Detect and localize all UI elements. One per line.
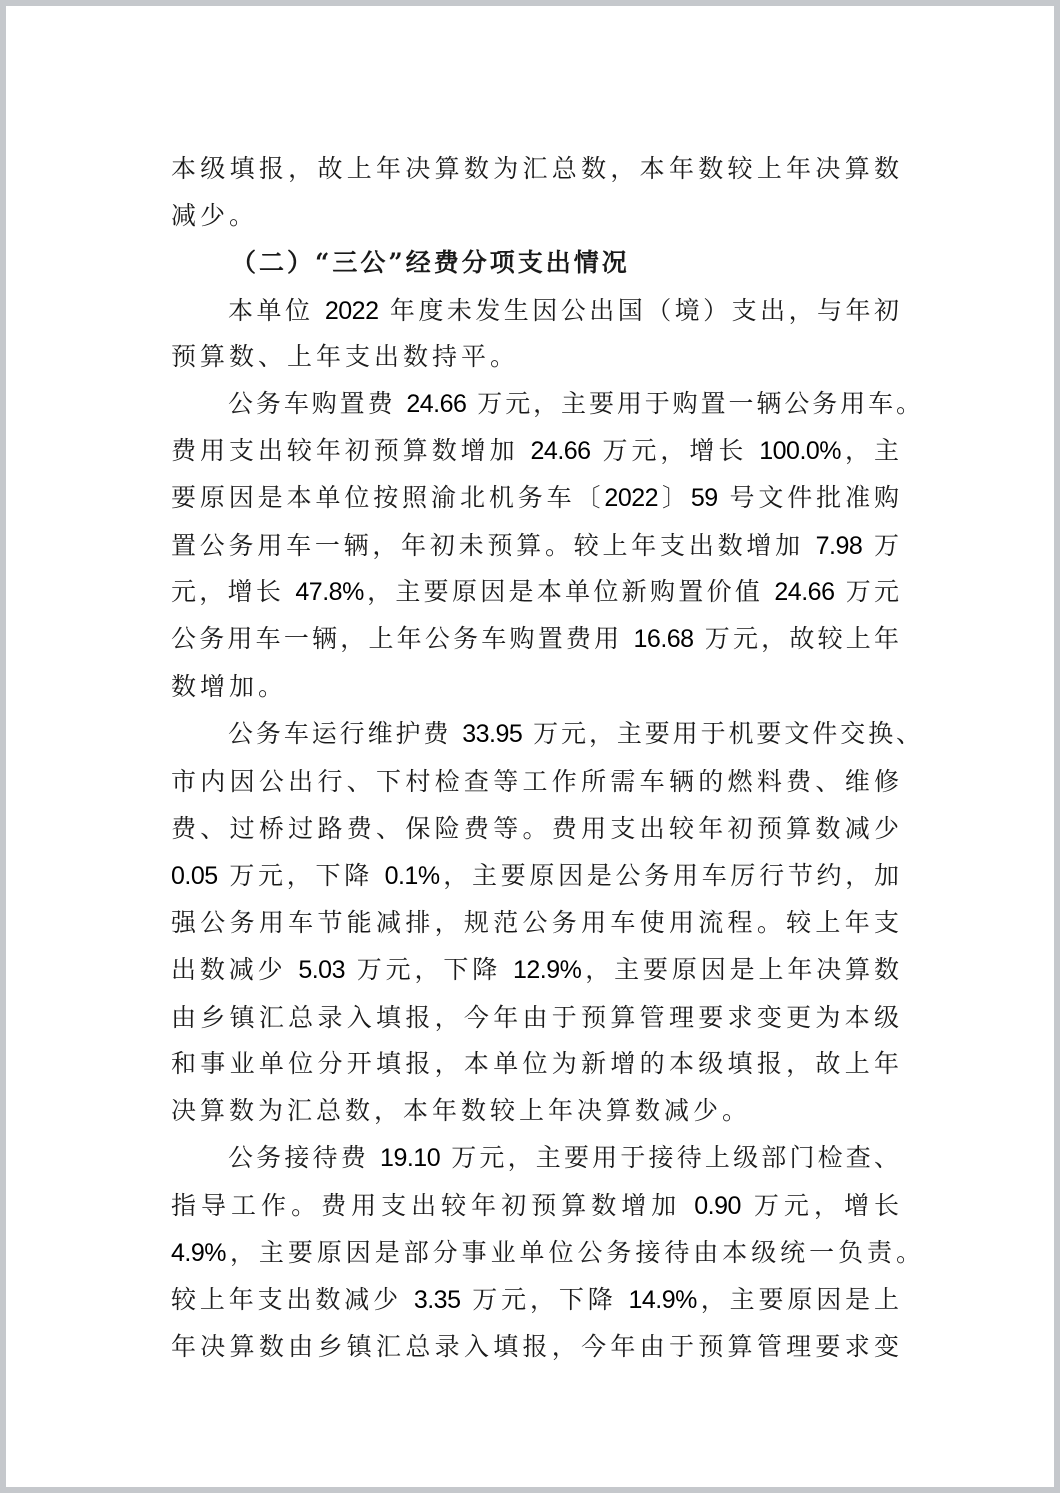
text-line: 预算数、上年支出数持平。 — [171, 340, 899, 374]
text-run: 和事业单位分开填报，本单位为新增的本级填报，故上年 — [171, 1049, 899, 1078]
text-line: 公务用车一辆，上年公务车购置费用 16.68 万元，故较上年 — [171, 622, 899, 656]
text-run: ，主要原因是上年决算数 — [581, 955, 899, 984]
number-run: 24.66 — [406, 390, 466, 418]
number-run: 19.10 — [380, 1144, 440, 1172]
section-heading: （二）“三公”经费分项支出情况 — [231, 246, 959, 280]
text-run: 〕 — [658, 483, 691, 512]
number-run: 2022 — [604, 484, 658, 512]
number-run: 59 — [691, 484, 718, 512]
text-run: 数增加。 — [171, 672, 287, 701]
text-line: 市内因公出行、下村检查等工作所需车辆的燃料费、维修 — [171, 765, 899, 799]
text-run: 公务车购置费 — [228, 389, 406, 418]
number-run: 24.66 — [531, 437, 591, 465]
text-run: 年度未发生因公出国（境）支出，与年初 — [378, 296, 899, 325]
text-run: ，主要原因是本单位新购置价值 — [364, 577, 775, 606]
number-run: 0.05 — [171, 862, 218, 890]
text-line: 出数减少 5.03 万元，下降 12.9%，主要原因是上年决算数 — [171, 953, 899, 987]
text-line: 要原因是本单位按照渝北机务车〔2022〕59 号文件批准购 — [171, 481, 899, 515]
number-run: 12.9% — [513, 956, 581, 984]
document-body: 本级填报，故上年决算数为汇总数，本年数较上年决算数 减少。 （二）“三公”经费分… — [6, 6, 1054, 1487]
text-run: 号文件批准购 — [718, 483, 899, 512]
text-run: 出数减少 — [171, 955, 298, 984]
text-run: 元，增长 — [171, 577, 295, 606]
text-run: ，主 — [841, 436, 899, 465]
number-run: 33.95 — [462, 720, 522, 748]
text-line: 较上年支出数减少 3.35 万元，下降 14.9%，主要原因是上 — [171, 1283, 899, 1317]
text-line: 减少。 — [171, 199, 899, 233]
text-run: ，主要原因是部分事业单位公务接待由本级统一负责。 — [226, 1238, 921, 1267]
text-line: 元，增长 47.8%，主要原因是本单位新购置价值 24.66 万元 — [171, 575, 899, 609]
text-line: 置公务用车一辆，年初未预算。较上年支出数增加 7.98 万 — [171, 529, 899, 563]
text-line: 由乡镇汇总录入填报，今年由于预算管理要求变更为本级 — [171, 1001, 899, 1035]
text-line: 决算数为汇总数，本年数较上年决算数减少。 — [171, 1094, 899, 1128]
heading-text: （二）“三公”经费分项支出情况 — [231, 248, 630, 277]
paragraph-start-line: 公务车运行维护费 33.95 万元，主要用于机要文件交换、 — [228, 717, 921, 751]
text-run: 市内因公出行、下村检查等工作所需车辆的燃料费、维修 — [171, 767, 899, 796]
number-run: 3.35 — [414, 1286, 461, 1314]
paragraph-start-line: 公务接待费 19.10 万元，主要用于接待上级部门检查、 — [228, 1141, 899, 1175]
text-line: 4.9%，主要原因是部分事业单位公务接待由本级统一负责。 — [171, 1236, 921, 1270]
number-run: 4.9% — [171, 1239, 226, 1267]
number-run: 100.0% — [759, 437, 841, 465]
document-page: 本级填报，故上年决算数为汇总数，本年数较上年决算数 减少。 （二）“三公”经费分… — [6, 6, 1054, 1487]
text-run: 万元，增长 — [741, 1191, 899, 1220]
text-run: 置公务用车一辆，年初未预算。较上年支出数增加 — [171, 531, 816, 560]
text-run: 决算数为汇总数，本年数较上年决算数减少。 — [171, 1096, 751, 1125]
text-run: 万元，故较上年 — [694, 624, 899, 653]
number-run: 47.8% — [295, 578, 363, 606]
text-run: ，主要原因是公务用车厉行节约，加 — [440, 861, 899, 890]
text-run: 较上年支出数减少 — [171, 1285, 414, 1314]
text-run: 由乡镇汇总录入填报，今年由于预算管理要求变更为本级 — [171, 1003, 899, 1032]
text-run: 本级填报，故上年决算数为汇总数，本年数较上年决算数 — [171, 154, 899, 183]
number-run: 14.9% — [628, 1286, 696, 1314]
paragraph-start-line: 本单位 2022 年度未发生因公出国（境）支出，与年初 — [228, 294, 899, 328]
text-run: 年决算数由乡镇汇总录入填报，今年由于预算管理要求变 — [171, 1332, 899, 1361]
text-run: 万元，主要用于机要文件交换、 — [522, 719, 921, 748]
text-line: 数增加。 — [171, 670, 899, 704]
text-run: 万元，主要用于接待上级部门检查、 — [440, 1143, 899, 1172]
text-line: 年决算数由乡镇汇总录入填报，今年由于预算管理要求变 — [171, 1330, 899, 1364]
text-line: 0.05 万元，下降 0.1%，主要原因是公务用车厉行节约，加 — [171, 859, 899, 893]
text-run: 万元，主要用于购置一辆公务用车。 — [466, 389, 921, 418]
text-run: 万元，下降 — [460, 1285, 628, 1314]
paragraph-start-line: 公务车购置费 24.66 万元，主要用于购置一辆公务用车。 — [228, 387, 921, 421]
text-run: 费用支出较年初预算数增加 — [171, 436, 531, 465]
text-run: 公务用车一辆，上年公务车购置费用 — [171, 624, 634, 653]
number-run: 7.98 — [816, 532, 863, 560]
number-run: 24.66 — [774, 578, 834, 606]
text-run: ，主要原因是上 — [697, 1285, 899, 1314]
text-run: 万 — [862, 531, 899, 560]
text-run: 万元 — [834, 577, 899, 606]
text-line: 费、过桥过路费、保险费等。费用支出较年初预算数减少 — [171, 812, 899, 846]
text-run: 公务接待费 — [228, 1143, 380, 1172]
text-run: 要原因是本单位按照渝北机务车〔 — [171, 483, 604, 512]
text-line: 和事业单位分开填报，本单位为新增的本级填报，故上年 — [171, 1047, 899, 1081]
number-run: 16.68 — [634, 625, 694, 653]
text-line: 指导工作。费用支出较年初预算数增加 0.90 万元，增长 — [171, 1189, 899, 1223]
text-line: 本级填报，故上年决算数为汇总数，本年数较上年决算数 — [171, 152, 899, 186]
text-run: 本单位 — [228, 296, 325, 325]
text-run: 指导工作。费用支出较年初预算数增加 — [171, 1191, 694, 1220]
text-run: 强公务用车节能减排，规范公务用车使用流程。较上年支 — [171, 908, 899, 937]
text-line: 费用支出较年初预算数增加 24.66 万元，增长 100.0%，主 — [171, 434, 899, 468]
number-run: 2022 — [325, 297, 379, 325]
text-run: 公务车运行维护费 — [228, 719, 462, 748]
text-line: 强公务用车节能减排，规范公务用车使用流程。较上年支 — [171, 906, 899, 940]
text-run: 万元，下降 — [345, 955, 513, 984]
number-run: 0.1% — [385, 862, 440, 890]
text-run: 万元，增长 — [591, 436, 760, 465]
text-run: 万元，下降 — [218, 861, 385, 890]
number-run: 0.90 — [694, 1192, 741, 1220]
text-run: 减少。 — [171, 201, 258, 230]
number-run: 5.03 — [298, 956, 345, 984]
text-run: 费、过桥过路费、保险费等。费用支出较年初预算数减少 — [171, 814, 899, 843]
text-run: 预算数、上年支出数持平。 — [171, 342, 519, 371]
